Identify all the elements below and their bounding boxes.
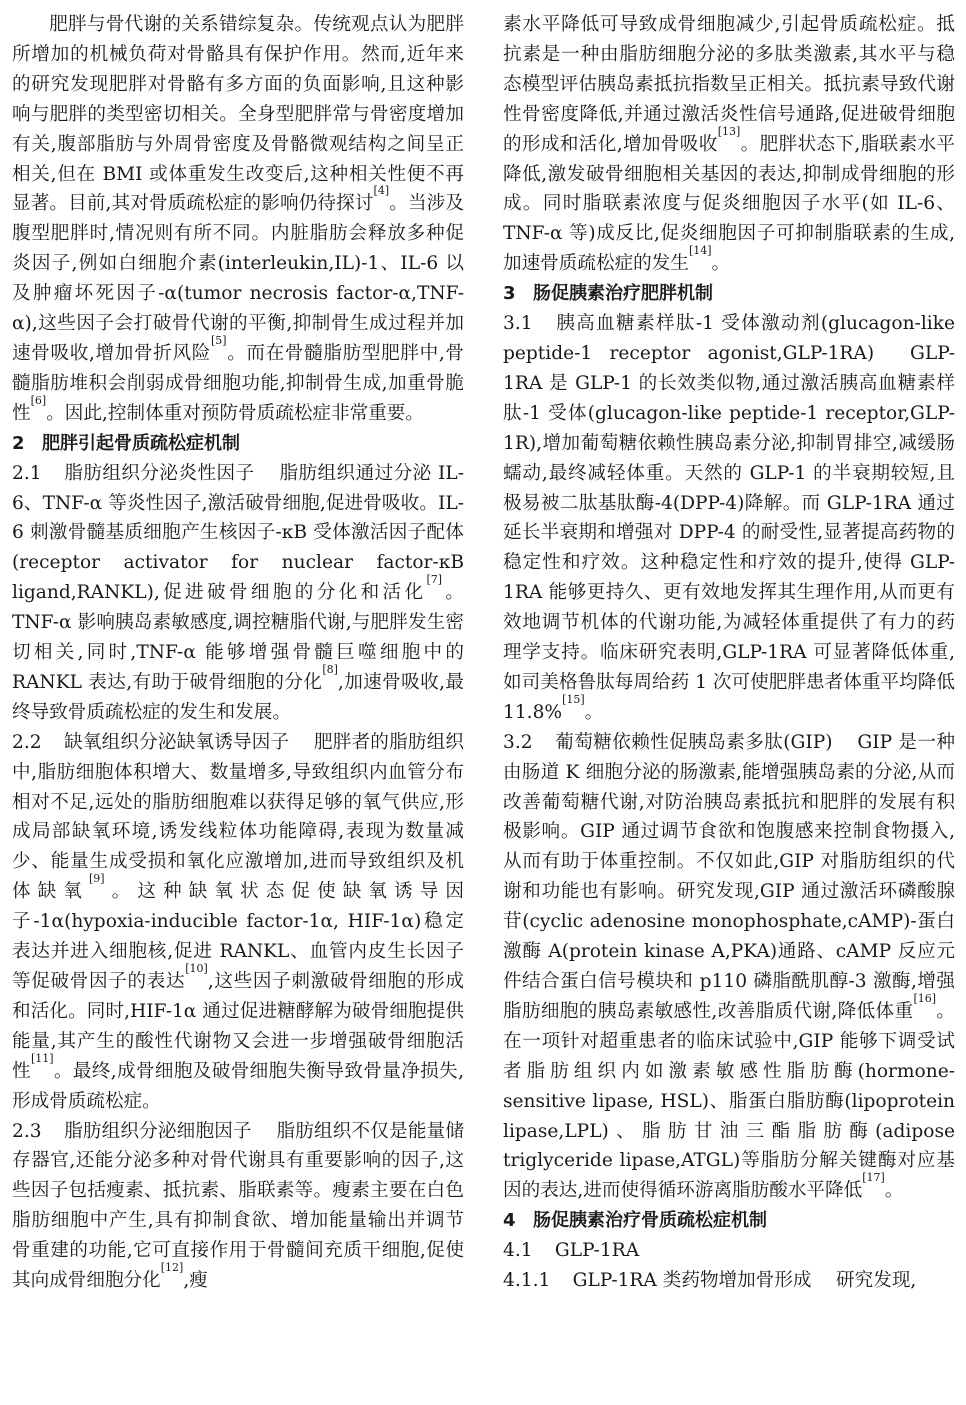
subsection-3-2: 3.2葡萄糖依赖性促胰岛素多肽(GIP) GIP 是一种由肠道 K 细胞分泌的肠… [503, 728, 955, 1207]
citation[interactable]: [12] [161, 1261, 184, 1274]
subsection-title: 脂肪组织分泌细胞因子 [64, 1121, 252, 1142]
citation[interactable]: [16] [913, 992, 936, 1005]
subsection-3-1: 3.1胰高血糖素样肽-1 受体激动剂(glucagon-like peptide… [503, 309, 955, 728]
citation[interactable]: [9] [89, 872, 105, 885]
subsection-4-1-1: 4.1.1GLP-1RA 类药物增加骨形成 研究发现, [503, 1266, 955, 1296]
subsection-title: 缺氧组织分泌缺氧诱导因子 [64, 732, 289, 753]
citation[interactable]: [15] [562, 693, 585, 706]
continued-paragraph: 素水平降低可导致成骨细胞减少,引起骨质疏松症。抵抗素是一种由脂肪细胞分泌的多肽类… [503, 10, 955, 279]
section-heading-4: 4肠促胰素治疗骨质疏松症机制 [503, 1206, 955, 1236]
right-column: 素水平降低可导致成骨细胞减少,引起骨质疏松症。抵抗素是一种由脂肪细胞分泌的多肽类… [503, 10, 955, 1296]
citation[interactable]: [6] [31, 394, 47, 407]
subsection-title: 脂肪组织分泌炎性因子 [64, 463, 255, 484]
left-column: 肥胖与骨代谢的关系错综复杂。传统观点认为肥胖所增加的机械负荷对骨骼具有保护作用。… [12, 10, 464, 1296]
subsection-2-2: 2.2缺氧组织分泌缺氧诱导因子 肥胖者的脂肪组织中,脂肪细胞体积增大、数量增多,… [12, 728, 464, 1117]
citation[interactable]: [14] [689, 244, 712, 257]
subsection-title: 葡萄糖依赖性促胰岛素多肽(GIP) [555, 732, 833, 753]
citation[interactable]: [17] [862, 1171, 885, 1184]
citation[interactable]: [13] [718, 125, 741, 138]
section-heading-3: 3肠促胰素治疗肥胖机制 [503, 279, 955, 309]
subsection-title: 胰高血糖素样肽-1 受体激动剂(glucagon-like peptide-1 … [503, 313, 955, 364]
citation[interactable]: [4] [374, 184, 390, 197]
subsection-title: GLP-1RA 类药物增加骨形成 [573, 1270, 812, 1291]
citation[interactable]: [5] [211, 334, 227, 347]
subsection-2-1: 2.1脂肪组织分泌炎性因子 脂肪组织通过分泌 IL-6、TNF-α 等炎性因子,… [12, 459, 464, 728]
citation[interactable]: [10] [185, 962, 208, 975]
subsection-title: GLP-1RA [555, 1240, 639, 1261]
subsection-2-3: 2.3脂肪组织分泌细胞因子 脂肪组织不仅是能量储存器官,还能分泌多种对骨代谢具有… [12, 1117, 464, 1296]
intro-paragraph: 肥胖与骨代谢的关系错综复杂。传统观点认为肥胖所增加的机械负荷对骨骼具有保护作用。… [12, 10, 464, 429]
citation[interactable]: [8] [322, 663, 338, 676]
section-heading-2: 2肥胖引起骨质疏松症机制 [12, 429, 464, 459]
citation[interactable]: [11] [31, 1052, 54, 1065]
subsection-4-1: 4.1GLP-1RA [503, 1236, 955, 1266]
citation[interactable]: [7] [426, 573, 442, 586]
